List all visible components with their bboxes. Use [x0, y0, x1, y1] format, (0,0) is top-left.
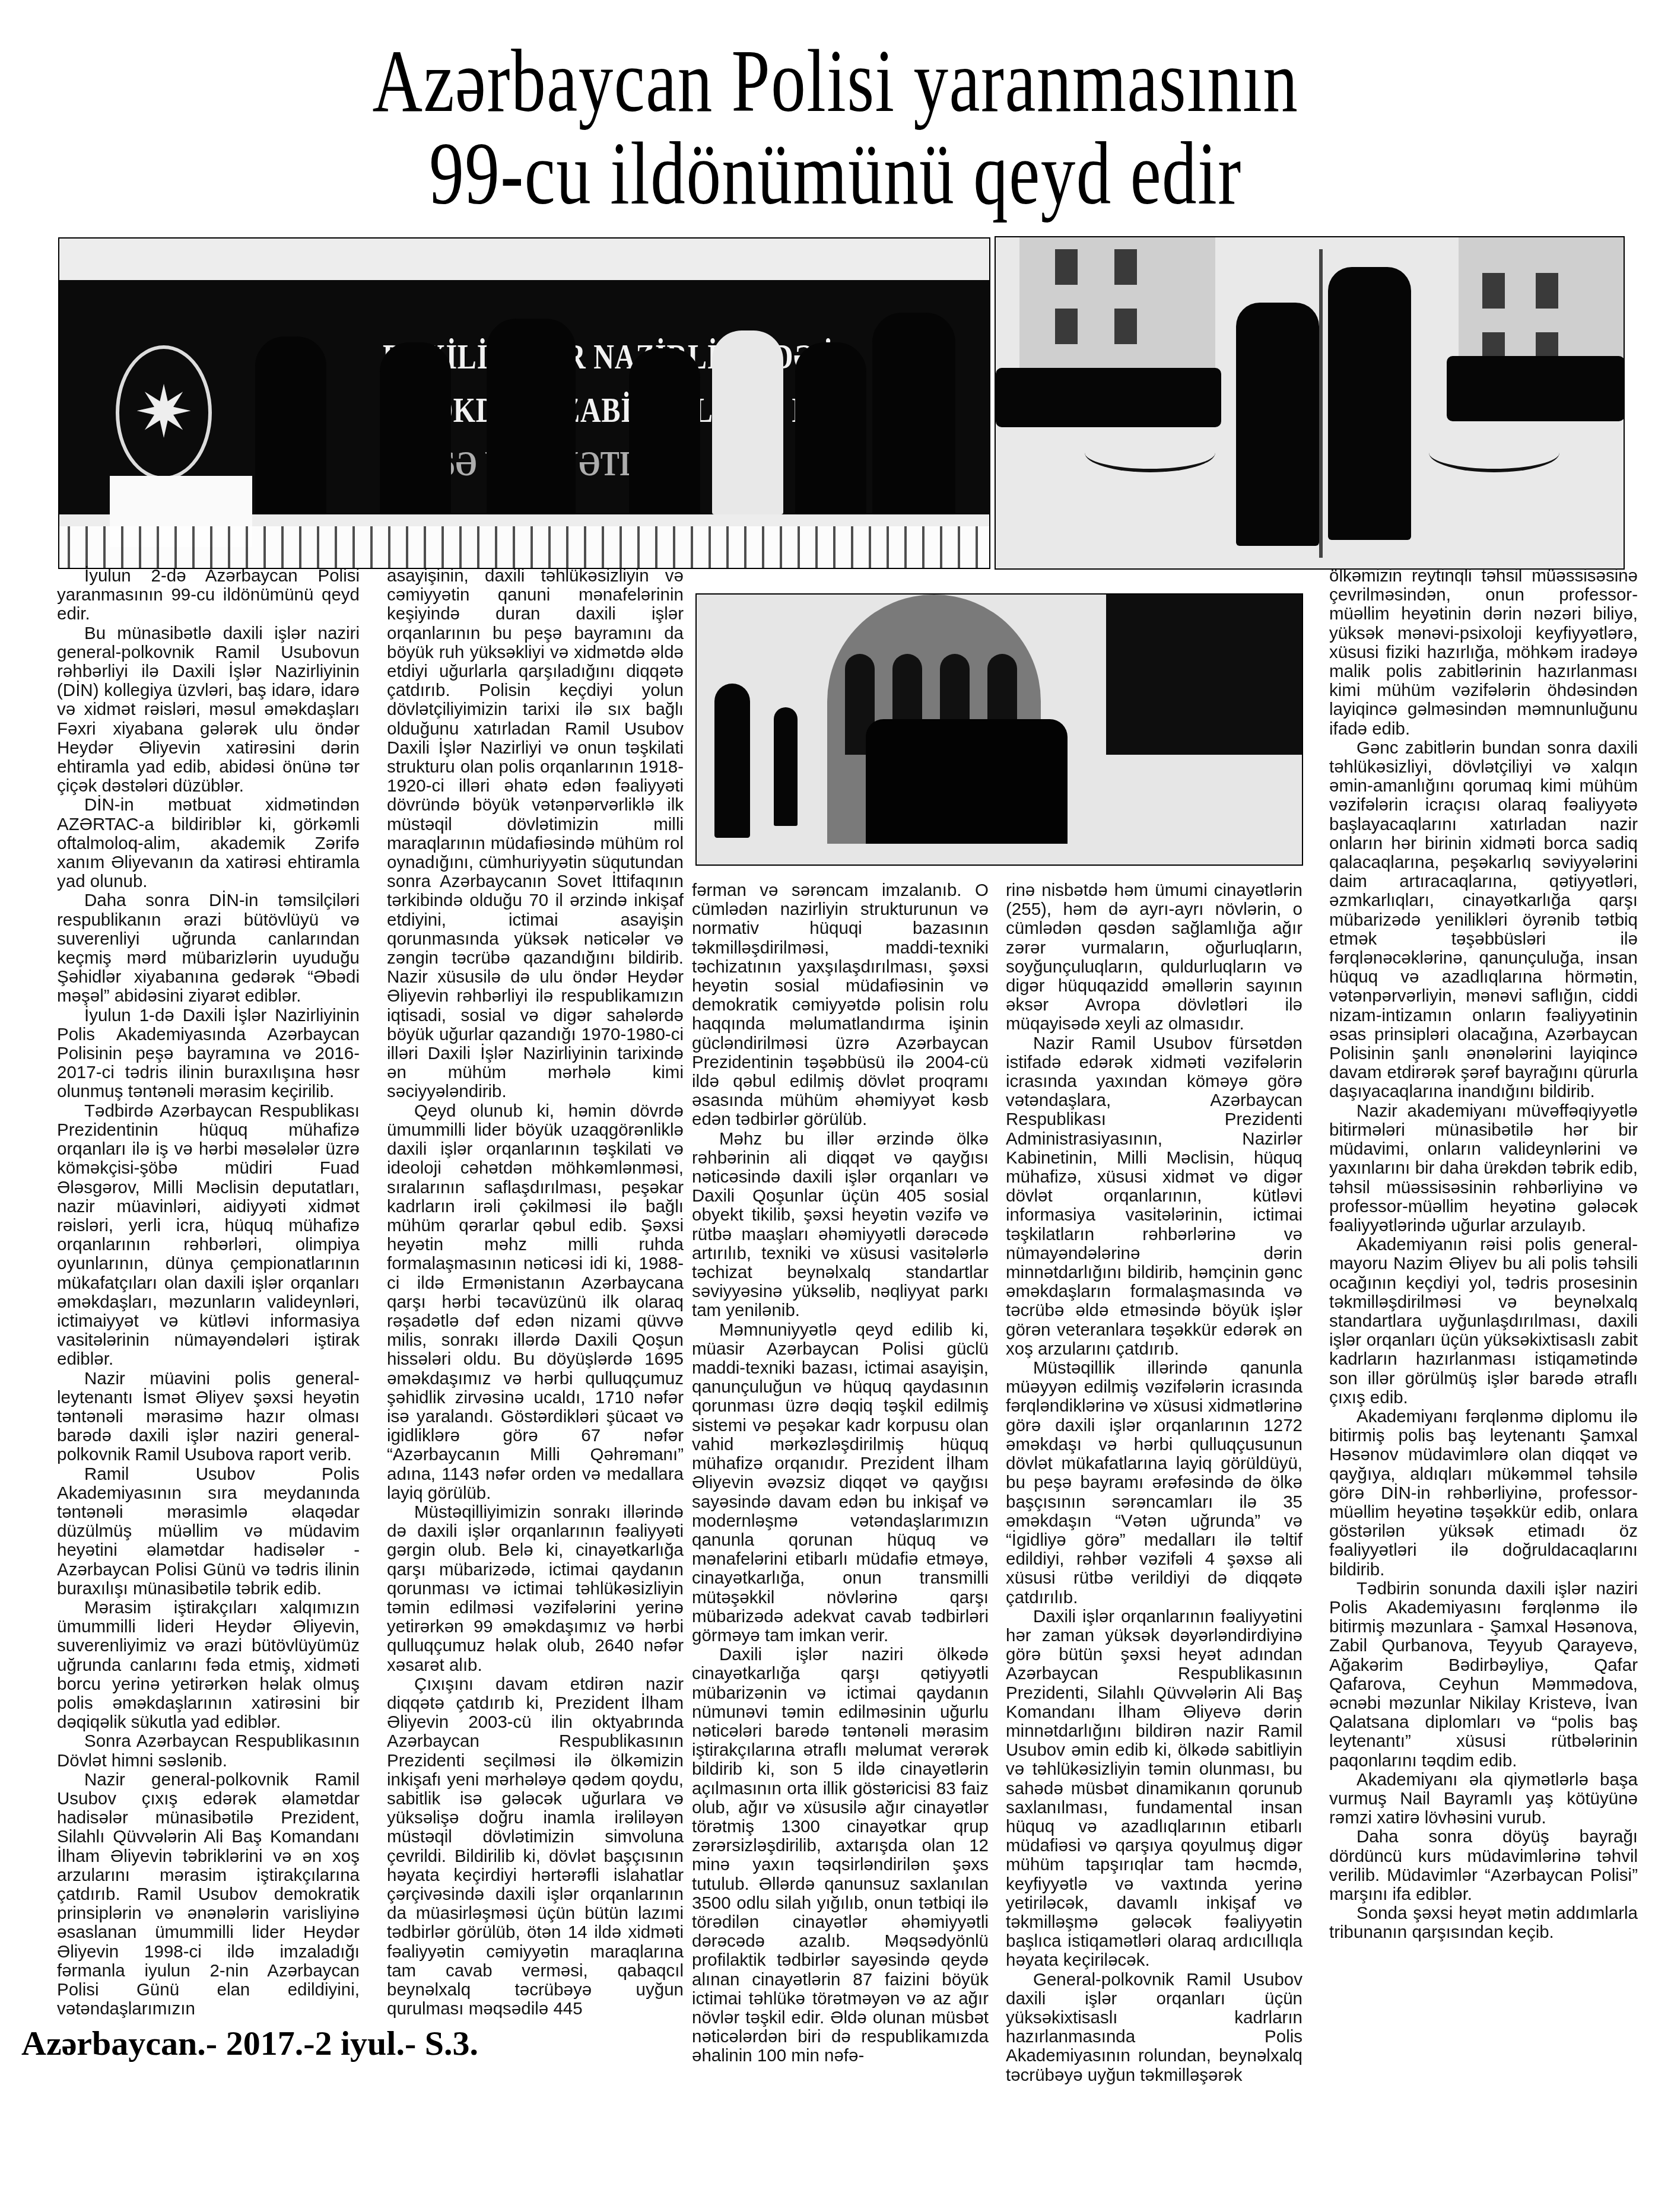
marching-column	[866, 719, 1068, 844]
paragraph: Sonra Azərbaycan Respublikasının Dövlət …	[57, 1732, 360, 1770]
headline-line-2: 99-cu ildönümünü qeyd edir	[184, 123, 1487, 224]
paragraph: Qeyd olunub ki, həmin dövrdə ümummilli l…	[387, 1102, 684, 1503]
paragraph: Məmnuniyyətlə qeyd edilib ki, müasir Azə…	[692, 1321, 989, 1645]
paragraph: rinə nisbətdə həm ümumi cinayətlərin (25…	[1006, 881, 1303, 1034]
paragraph: Nazir müavini polis general-leytenantı İ…	[57, 1369, 360, 1465]
paragraph: ölkəmizin reytinqli təhsil müəssisəsinə …	[1329, 567, 1638, 739]
honor-guard	[714, 684, 750, 838]
building-tower	[1106, 595, 1302, 755]
paragraph: Akademiyanın rəisi polis general-mayoru …	[1329, 1235, 1638, 1407]
paragraph: Müstəqilliyimizin sonrakı illərində də d…	[387, 1503, 684, 1675]
officer-figure	[380, 342, 451, 514]
paragraph: Tədbirdə Azərbaycan Respublikası Prezide…	[57, 1102, 360, 1369]
officer-figure	[872, 313, 955, 514]
paragraph: İyulun 1-də Daxili İşlər Nazirliyinin Po…	[57, 1006, 360, 1102]
paragraph: Bu münasibətlə daxili işlər naziri gener…	[57, 624, 360, 796]
flag-pole	[1319, 249, 1323, 558]
banner-text-line-2: ƏMƏKDAŞI, ZABİTİ OLMAQ HƏM	[383, 390, 863, 431]
state-emblem-icon: ✷	[116, 345, 212, 480]
article-column-3: fərman və sərəncam imzalanıb. O cümlədən…	[692, 881, 989, 2066]
photo-officials-stage: ✷ DAXİLİ İŞLƏR NAZİRLİYİNDƏ İŞ ƏMƏKDAŞI,…	[58, 237, 990, 569]
paragraph: General-polkovnik Ramil Usubov daxili iş…	[1006, 1971, 1303, 2085]
flag-bearer	[1236, 303, 1319, 546]
paragraph: Akademiyanı əla qiymətlərlə başa vurmuş …	[1329, 1771, 1638, 1828]
civilian-figure	[712, 330, 783, 514]
officer-figure	[255, 336, 326, 514]
article-column-4: rinə nisbətdə həm ümumi cinayətlərin (25…	[1006, 881, 1303, 2085]
officer-figure	[795, 342, 866, 514]
paragraph: Nazir Ramil Usubov fürsətdən istifadə ed…	[1006, 1034, 1303, 1359]
barrier-rope	[1085, 433, 1215, 472]
paragraph: Daha sonra döyüş bayrağı dördüncü kurs m…	[1329, 1828, 1638, 1904]
flag-bearer	[1328, 267, 1411, 540]
paragraph: Çıxışını davam etdirən nazir diqqətə çat…	[387, 1675, 684, 2019]
barrier-rope	[1429, 433, 1559, 472]
photo-marching-cadets	[695, 593, 1303, 866]
paragraph: DİN-in mətbuat xidmətindən AZƏRTAC-a bil…	[57, 796, 360, 891]
paragraph: fərman və sərəncam imzalanıb. O cümlədən…	[692, 881, 989, 1130]
paragraph: Mərasim iştirakçıları xalqımızın ümummil…	[57, 1598, 360, 1732]
paragraph: Daxili işlər naziri ölkədə cinayətkarlığ…	[692, 1645, 989, 2065]
paragraph: Tədbirin sonunda daxili işlər naziri Pol…	[1329, 1579, 1638, 1771]
paragraph: Müstəqillik illərində qanunla müəyyən ed…	[1006, 1359, 1303, 1607]
paragraph: Sonda şəxsi heyət mətin addımlarla tribu…	[1329, 1904, 1638, 1942]
photo-flag-ceremony	[995, 236, 1625, 570]
paragraph: Akademiyanı fərqlənmə diplomu ilə bitirm…	[1329, 1407, 1638, 1579]
article-column-2: asayişinin, daxili təhlükəsizliyin və cə…	[387, 567, 684, 2019]
paragraph: Ramil Usubov Polis Akademiyasının sıra m…	[57, 1465, 360, 1598]
paragraph: Nazir akademiyanı müvəffəqiyyətlə bitirm…	[1329, 1102, 1638, 1235]
flowers-row	[59, 526, 989, 568]
troops-row	[996, 368, 1221, 427]
officer-figure	[487, 319, 576, 514]
paragraph: Gənc zabitlərin bundan sonra daxili təhl…	[1329, 739, 1638, 1102]
paragraph: Məhz bu illər ərzində ölkə rəhbərinin al…	[692, 1130, 989, 1321]
article-column-1: İyulun 2-də Azərbaycan Polisi yaranmasın…	[57, 567, 360, 2019]
article-column-5: ölkəmizin reytinqli təhsil müəssisəsinə …	[1329, 567, 1638, 1943]
honor-guard	[774, 707, 798, 826]
paragraph: Nazir general-polkovnik Ramil Usubov çıx…	[57, 1771, 360, 2019]
source-citation: Azərbaycan.- 2017.-2 iyul.- S.3.	[21, 2023, 478, 2063]
paragraph: Daxili işlər orqanlarının fəaliyyətini h…	[1006, 1607, 1303, 1971]
paragraph: Daha sonra DİN-in təmsilçiləri respublik…	[57, 891, 360, 1006]
paragraph: İyulun 2-də Azərbaycan Polisi yaranmasın…	[57, 567, 360, 624]
troops-row	[1447, 356, 1625, 421]
paragraph: asayişinin, daxili təhlükəsizliyin və cə…	[387, 567, 684, 1102]
headline-line-1: Azərbaycan Polisi yaranmasının	[184, 31, 1487, 132]
officer-figure	[629, 348, 700, 514]
